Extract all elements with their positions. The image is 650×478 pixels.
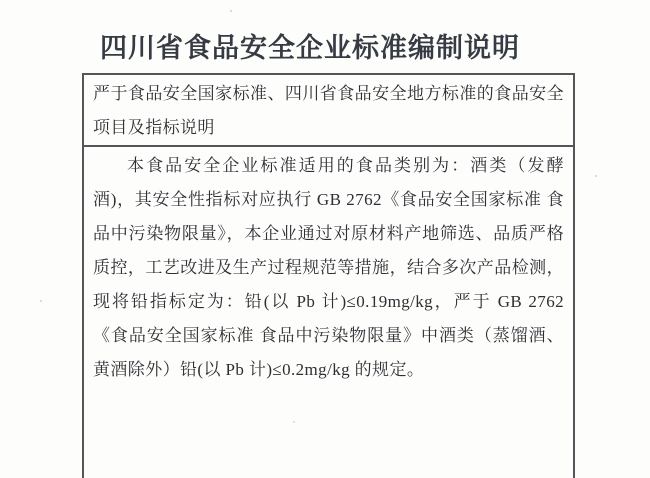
table-body-cell: 本食品安全企业标准适用的食品类别为：酒类（发酵酒)，其安全性指标对应执行 GB … bbox=[84, 147, 573, 478]
scan-speck bbox=[230, 10, 232, 12]
table-header-text: 严于食品安全国家标准、四川省食品安全地方标准的食品安全项目及指标说明 bbox=[93, 77, 564, 145]
standard-explanation-table: 严于食品安全国家标准、四川省食品安全地方标准的食品安全项目及指标说明 本食品安全… bbox=[82, 73, 575, 478]
scanned-document-page: 四川省食品安全企业标准编制说明 严于食品安全国家标准、四川省食品安全地方标准的食… bbox=[0, 0, 650, 478]
table-body-text: 本食品安全企业标准适用的食品类别为：酒类（发酵酒)，其安全性指标对应执行 GB … bbox=[93, 149, 564, 387]
scan-speck bbox=[595, 175, 597, 177]
scan-speck bbox=[40, 300, 42, 302]
table-header-cell: 严于食品安全国家标准、四川省食品安全地方标准的食品安全项目及指标说明 bbox=[84, 75, 573, 147]
page-title: 四川省食品安全企业标准编制说明 bbox=[0, 26, 620, 65]
